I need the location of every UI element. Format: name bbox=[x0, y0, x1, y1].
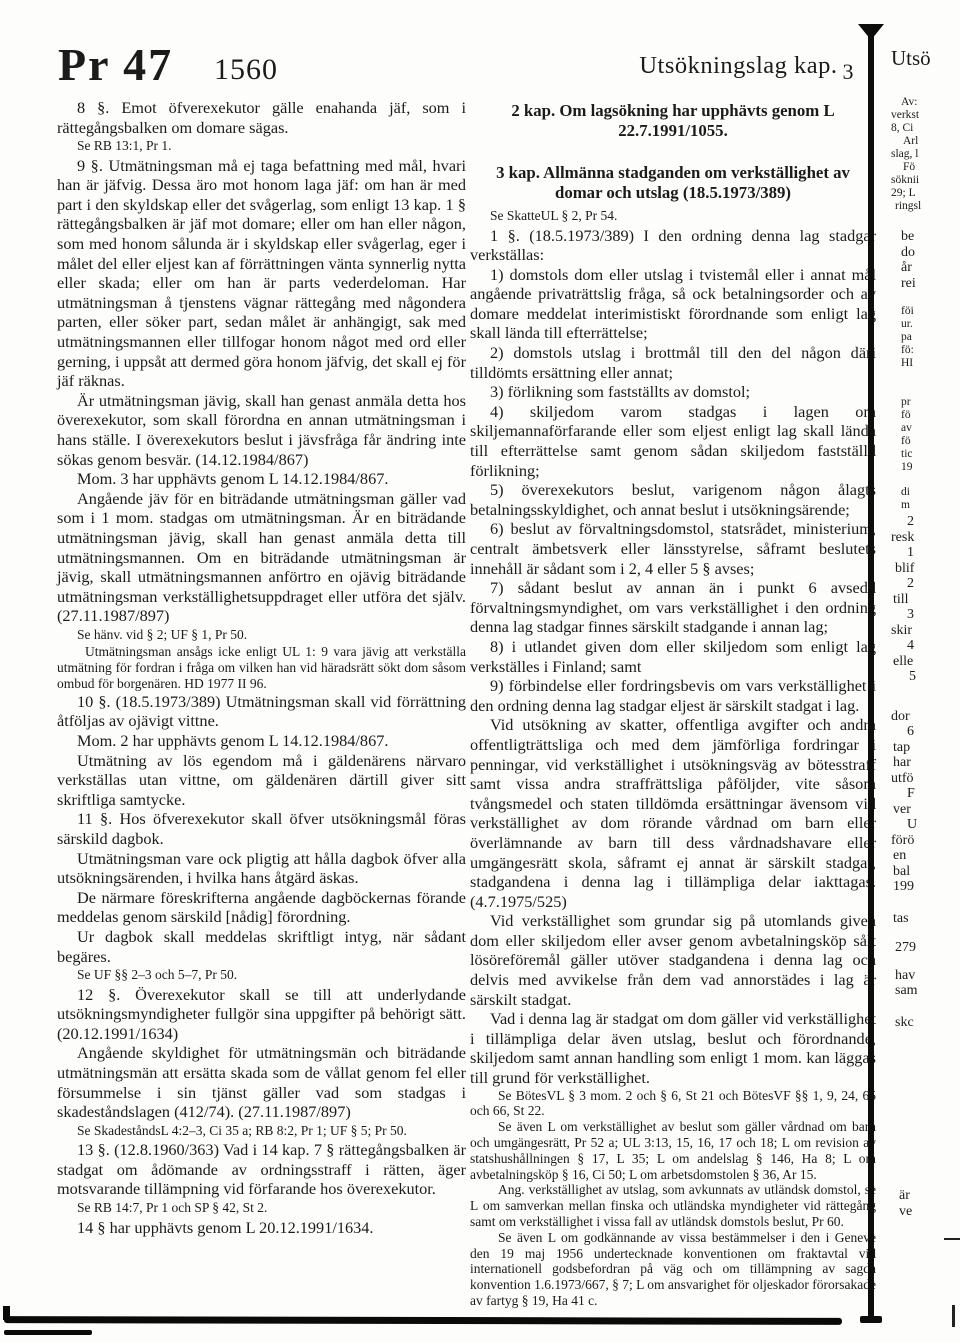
margin-fragment: sam bbox=[891, 983, 960, 999]
reference-note: Se UF §§ 2–3 och 5–7, Pr 50. bbox=[57, 967, 466, 984]
margin-fragment: förö bbox=[891, 833, 960, 849]
paragraph: Vid utsökning av skatter, offentliga avg… bbox=[470, 715, 876, 911]
scan-artifact-bottom-bar bbox=[4, 1316, 842, 1325]
paragraph: 1) domstols dom eller utslag i tvistemål… bbox=[470, 265, 876, 343]
margin-fragment: Arl bbox=[891, 135, 960, 148]
running-title-text: Utsökningslag kap. bbox=[639, 52, 837, 79]
chapter-heading: 2 kap. Om lagsökning har upphävts genom … bbox=[470, 101, 876, 141]
margin-fragment: har bbox=[891, 755, 960, 771]
case-note: Utmätningsman ansågs icke enligt UL 1: 9… bbox=[57, 644, 466, 691]
case-note: Ang. verkställighet av utslag, som avkun… bbox=[470, 1182, 876, 1229]
page-header-page-number: 1560 bbox=[214, 53, 278, 87]
margin-fragment: fö bbox=[891, 409, 960, 422]
margin-fragment: 29; L bbox=[891, 187, 960, 200]
margin-fragment: be bbox=[891, 229, 960, 245]
binding-rule bbox=[868, 34, 874, 1322]
margin-fragment: resk bbox=[891, 530, 960, 546]
margin-fragment: utfö bbox=[891, 771, 960, 787]
margin-fragment: elle bbox=[891, 654, 960, 670]
paragraph: 1 §. (18.5.1973/389) I den ordning denna… bbox=[470, 226, 876, 265]
paragraph: Mom. 3 har upphävts genom L 14.12.1984/8… bbox=[57, 469, 466, 489]
margin-fragment: m bbox=[891, 499, 960, 512]
margin-fragment: ringsl bbox=[891, 200, 960, 213]
margin-fragment: av bbox=[891, 422, 960, 435]
margin-fragment: bal bbox=[891, 864, 960, 880]
paragraph: 12 §. Överexekutor skall se till att und… bbox=[57, 985, 466, 1044]
case-note: Se BötesVL § 3 mom. 2 och § 6, St 21 och… bbox=[470, 1088, 876, 1120]
scan-artifact-edge-tick bbox=[944, 1238, 960, 1240]
margin-fragment: ver bbox=[891, 802, 960, 818]
margin-fragment: skir bbox=[891, 623, 960, 639]
paragraph: Angående jäv för en biträdande utmätning… bbox=[57, 489, 466, 626]
paragraph: 6) beslut av förvaltningsdomstol, statsr… bbox=[470, 519, 876, 578]
paragraph: Utmätningsman vare ock pligtig att hålla… bbox=[57, 849, 466, 888]
margin-fragment: rei bbox=[891, 276, 960, 292]
margin-fragment: föi bbox=[891, 305, 960, 318]
margin-fragment: skc bbox=[891, 1015, 960, 1031]
reference-note: Se RB 14:7, Pr 1 och SP § 42, St 2. bbox=[57, 1200, 466, 1217]
running-title-chapter-number: 3 bbox=[843, 59, 855, 85]
margin-fragment: 8, Ci bbox=[891, 122, 960, 135]
paragraph: 4) skiljedom varom stadgas i lagen om sk… bbox=[470, 402, 876, 480]
paragraph: Vid verkställighet som grundar sig på ut… bbox=[470, 911, 876, 1009]
right-text-column: 2 kap. Om lagsökning har upphävts genom … bbox=[470, 98, 876, 1309]
margin-fragment: söknii bbox=[891, 174, 960, 187]
paragraph: 13 §. (12.8.1960/363) Vad i 14 kap. 7 § … bbox=[57, 1140, 466, 1199]
scanned-law-book-page: Pr 47 1560 Utsökningslag kap.3 8 §. Emot… bbox=[0, 0, 960, 1343]
paragraph: 5) överexekutors beslut, varigenom någon… bbox=[470, 480, 876, 519]
paragraph: 7) sådant beslut av annan än i punkt 6 a… bbox=[470, 578, 876, 637]
margin-fragment: 4 bbox=[891, 638, 960, 654]
paragraph: Är utmätningsman jävig, skall han genast… bbox=[57, 391, 466, 469]
margin-fragment: F bbox=[891, 786, 960, 802]
reference-note: Se RB 13:1, Pr 1. bbox=[57, 138, 466, 155]
margin-fragment: 19 bbox=[891, 461, 960, 474]
paragraph: 9 §. Utmätningsman må ej taga befattning… bbox=[57, 156, 466, 391]
margin-fragment: Av: bbox=[891, 96, 960, 109]
margin-fragment: di bbox=[891, 486, 960, 499]
reference-note: Se hänv. vid § 2; UF § 1, Pr 50. bbox=[57, 627, 466, 644]
margin-fragment: pr bbox=[891, 396, 960, 409]
scan-artifact-edge-tick-vertical bbox=[952, 1305, 955, 1327]
reference-note: Se SkadeståndsL 4:2–3, Ci 35 a; RB 8:2, … bbox=[57, 1123, 466, 1140]
chapter-heading: 3 kap. Allmänna stadganden om verkställi… bbox=[470, 163, 876, 203]
margin-fragment: slag, l bbox=[891, 148, 960, 161]
paragraph: De närmare föreskrifterna angående dagbö… bbox=[57, 888, 466, 927]
margin-fragment: blif bbox=[891, 561, 960, 577]
margin-fragment: dor bbox=[891, 709, 960, 725]
margin-fragment: till bbox=[891, 592, 960, 608]
paragraph: 11 §. Hos öfverexekutor skall öfver utsö… bbox=[57, 809, 466, 848]
reference-note: Se SkatteUL § 2, Pr 54. bbox=[470, 208, 876, 225]
binding-rule-foot bbox=[860, 1316, 882, 1323]
page-header-section-code: Pr 47 bbox=[58, 38, 173, 91]
margin-fragment: fö: bbox=[891, 344, 960, 357]
margin-fragment: pa bbox=[891, 331, 960, 344]
margin-fragment: 2 bbox=[891, 576, 960, 592]
margin-fragment: år bbox=[891, 260, 960, 276]
margin-fragment: är bbox=[891, 1188, 960, 1204]
margin-fragment: tas bbox=[891, 911, 960, 927]
page-header-running-title: Utsökningslag kap.3 bbox=[639, 52, 854, 80]
margin-fragment: ur. bbox=[891, 318, 960, 331]
paragraph: Ur dagbok skall meddelas skriftligt inty… bbox=[57, 927, 466, 966]
margin-fragment: HI bbox=[891, 357, 960, 370]
paragraph: Mom. 2 har upphävts genom L 14.12.1984/8… bbox=[57, 731, 466, 751]
margin-fragment: hav bbox=[891, 968, 960, 984]
margin-fragment: tap bbox=[891, 740, 960, 756]
paragraph: Utmätning av lös egendom må i gäldenären… bbox=[57, 751, 466, 810]
margin-fragment: 3 bbox=[891, 607, 960, 623]
margin-fragment: tic bbox=[891, 448, 960, 461]
margin-fragment: do bbox=[891, 245, 960, 261]
paragraph: 3) förlikning som fastställts av domstol… bbox=[470, 382, 876, 402]
margin-fragment: 6 bbox=[891, 724, 960, 740]
margin-fragment: verkst bbox=[891, 109, 960, 122]
paragraph: 2) domstols utslag i brottmål till den d… bbox=[470, 343, 876, 382]
margin-fragment: U bbox=[891, 817, 960, 833]
paragraph: 8 §. Emot öfverexekutor gälle enahanda j… bbox=[57, 98, 466, 137]
paragraph: 10 §. (18.5.1973/389) Utmätningsman skal… bbox=[57, 692, 466, 731]
left-text-column: 8 §. Emot öfverexekutor gälle enahanda j… bbox=[57, 98, 466, 1237]
margin-fragment: en bbox=[891, 848, 960, 864]
paragraph: 14 § har upphävts genom L 20.12.1991/163… bbox=[57, 1218, 466, 1238]
margin-fragment: Fö bbox=[891, 161, 960, 174]
margin-fragment: 2 bbox=[891, 514, 960, 530]
margin-fragment: 1 bbox=[891, 545, 960, 561]
margin-running-title-fragment: Utsö bbox=[891, 46, 960, 70]
case-note: Se även L om verkställighet av beslut so… bbox=[470, 1119, 876, 1182]
margin-fragment: 5 bbox=[891, 669, 960, 685]
margin-fragments: Av:verkst8, CiArlslag, lFösöknii29; Lrin… bbox=[891, 96, 960, 1219]
margin-fragment: fö bbox=[891, 435, 960, 448]
margin-fragment: 279 bbox=[891, 940, 960, 956]
adjacent-page-margin-column: Utsö Av:verkst8, CiArlslag, lFösöknii29;… bbox=[891, 46, 960, 1298]
paragraph: Vad i denna lag är stadgat om dom gäller… bbox=[470, 1009, 876, 1087]
paragraph: 8) i utlandet given dom eller skiljedom … bbox=[470, 637, 876, 676]
margin-fragment: ve bbox=[891, 1204, 960, 1220]
case-note: Se även L om godkännande av vissa bestäm… bbox=[470, 1230, 876, 1309]
scan-artifact-bottom-bar-short bbox=[4, 1330, 92, 1335]
paragraph: 9) förbindelse eller fordringsbevis om v… bbox=[470, 676, 876, 715]
paragraph: Angående skyldighet för utmätningsmän oc… bbox=[57, 1043, 466, 1121]
margin-fragment: 199 bbox=[891, 879, 960, 895]
